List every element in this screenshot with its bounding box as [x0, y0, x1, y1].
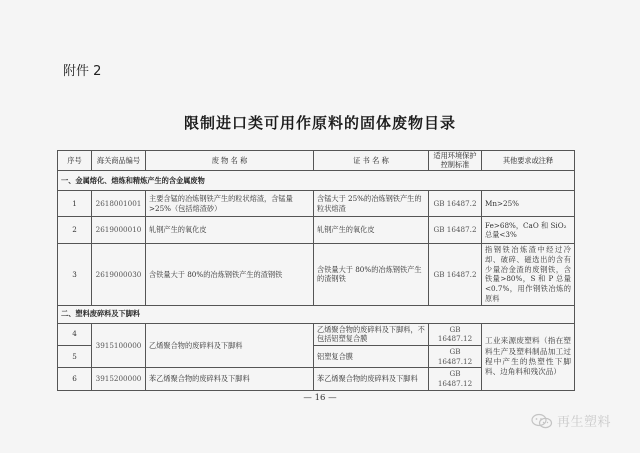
cell-code: 3915200000: [92, 368, 146, 390]
header-waste-name: 废 物 名 称: [146, 151, 314, 171]
cell-waste-name: 含铁量大于 80%的冶炼钢铁产生的渣钢铁: [146, 244, 314, 305]
header-seq: 序号: [58, 151, 92, 171]
cell-seq: 6: [58, 368, 92, 390]
cell-seq: 3: [58, 244, 92, 305]
table-header-row: 序号 海关商品编号 废 物 名 称 证 书 名 称 适用环境保护控制标准 其他要…: [58, 151, 575, 171]
cell-code: 3915100000: [92, 323, 146, 368]
cell-code: 2618001001: [92, 191, 146, 217]
document-title: 限制进口类可用作原料的固体废物目录: [0, 112, 640, 133]
cell-standard: GB 16487.12: [429, 346, 482, 368]
cell-seq: 2: [58, 217, 92, 244]
cell-waste-name: 主要含锰的冶炼钢铁产生的粒状熔渣，含锰量>25%（包括熔渣砂）: [146, 191, 314, 217]
document-page: 附件 2 限制进口类可用作原料的固体废物目录 序号 海关商品编号 废 物 名 称…: [0, 0, 640, 453]
cell-cert-name: 苯乙烯聚合物的废碎料及下脚料: [314, 368, 429, 390]
header-code: 海关商品编号: [92, 151, 146, 171]
cell-notes: Mn>25%: [482, 191, 575, 217]
cell-cert-name: 轧钢产生的氧化皮: [314, 217, 429, 244]
header-standard: 适用环境保护控制标准: [429, 151, 482, 171]
table-row: 4 3915100000 乙烯聚合物的废碎料及下脚料 乙烯聚合物的废碎料及下脚料…: [58, 323, 575, 345]
cell-standard: GB 16487.2: [429, 217, 482, 244]
cell-notes: 工业来源废塑料（指在塑料生产及塑料制品加工过程中产生的热塑性下脚料、边角料和残次…: [482, 323, 575, 390]
wechat-bubble-icon: [530, 412, 554, 430]
cell-seq: 5: [58, 346, 92, 368]
cell-code: 2619000030: [92, 244, 146, 305]
watermark-text: 再生塑料: [557, 411, 611, 430]
cell-cert-name: 含锰大于 25%的冶炼钢铁产生的粒状熔渣: [314, 191, 429, 217]
cell-notes: 指钢铁冶炼渣中经过冷却、破碎、磁选出的含有少量冶金渣的废钢铁，含铁量>80%，S…: [482, 244, 575, 305]
page-number: — 16 —: [0, 393, 640, 403]
cell-waste-name: 苯乙烯聚合物的废碎料及下脚料: [146, 368, 314, 390]
cell-waste-name: 轧钢产生的氧化皮: [146, 217, 314, 244]
section-title-plastic: 二、塑料废碎料及下脚料: [58, 305, 575, 323]
table-row: 2 2619000010 轧钢产生的氧化皮 轧钢产生的氧化皮 GB 16487.…: [58, 217, 575, 244]
attachment-label: 附件 2: [63, 60, 101, 79]
cell-standard: GB 16487.12: [429, 323, 482, 345]
header-cert-name: 证 书 名 称: [314, 151, 429, 171]
table-row: 3 2619000030 含铁量大于 80%的冶炼钢铁产生的渣钢铁 含铁量大于 …: [58, 244, 575, 305]
cell-code: 2619000010: [92, 217, 146, 244]
cell-waste-name: 乙烯聚合物的废碎料及下脚料: [146, 323, 314, 368]
cell-standard: GB 16487.12: [429, 368, 482, 390]
cell-seq: 4: [58, 323, 92, 345]
cell-standard: GB 16487.2: [429, 244, 482, 305]
header-notes: 其他要求或注释: [482, 151, 575, 171]
watermark: 再生塑料: [530, 411, 611, 430]
section-row: 二、塑料废碎料及下脚料: [58, 305, 575, 323]
cell-cert-name: 乙烯聚合物的废碎料及下脚料，不包括铝塑复合膜: [314, 323, 429, 345]
cell-notes: Fe>68%，CaO 和 SiO₂ 总量<3%: [482, 217, 575, 244]
section-title-metal: 一、金属熔化、熔炼和精炼产生的含金属废物: [58, 171, 575, 191]
cell-standard: GB 16487.2: [429, 191, 482, 217]
cell-seq: 1: [58, 191, 92, 217]
section-row: 一、金属熔化、熔炼和精炼产生的含金属废物: [58, 171, 575, 191]
cell-cert-name: 铝塑复合膜: [314, 346, 429, 368]
waste-catalog-table: 序号 海关商品编号 废 物 名 称 证 书 名 称 适用环境保护控制标准 其他要…: [57, 150, 575, 391]
cell-cert-name: 含铁量大于 80%的冶炼钢铁产生的渣钢铁: [314, 244, 429, 305]
table-row: 1 2618001001 主要含锰的冶炼钢铁产生的粒状熔渣，含锰量>25%（包括…: [58, 191, 575, 217]
